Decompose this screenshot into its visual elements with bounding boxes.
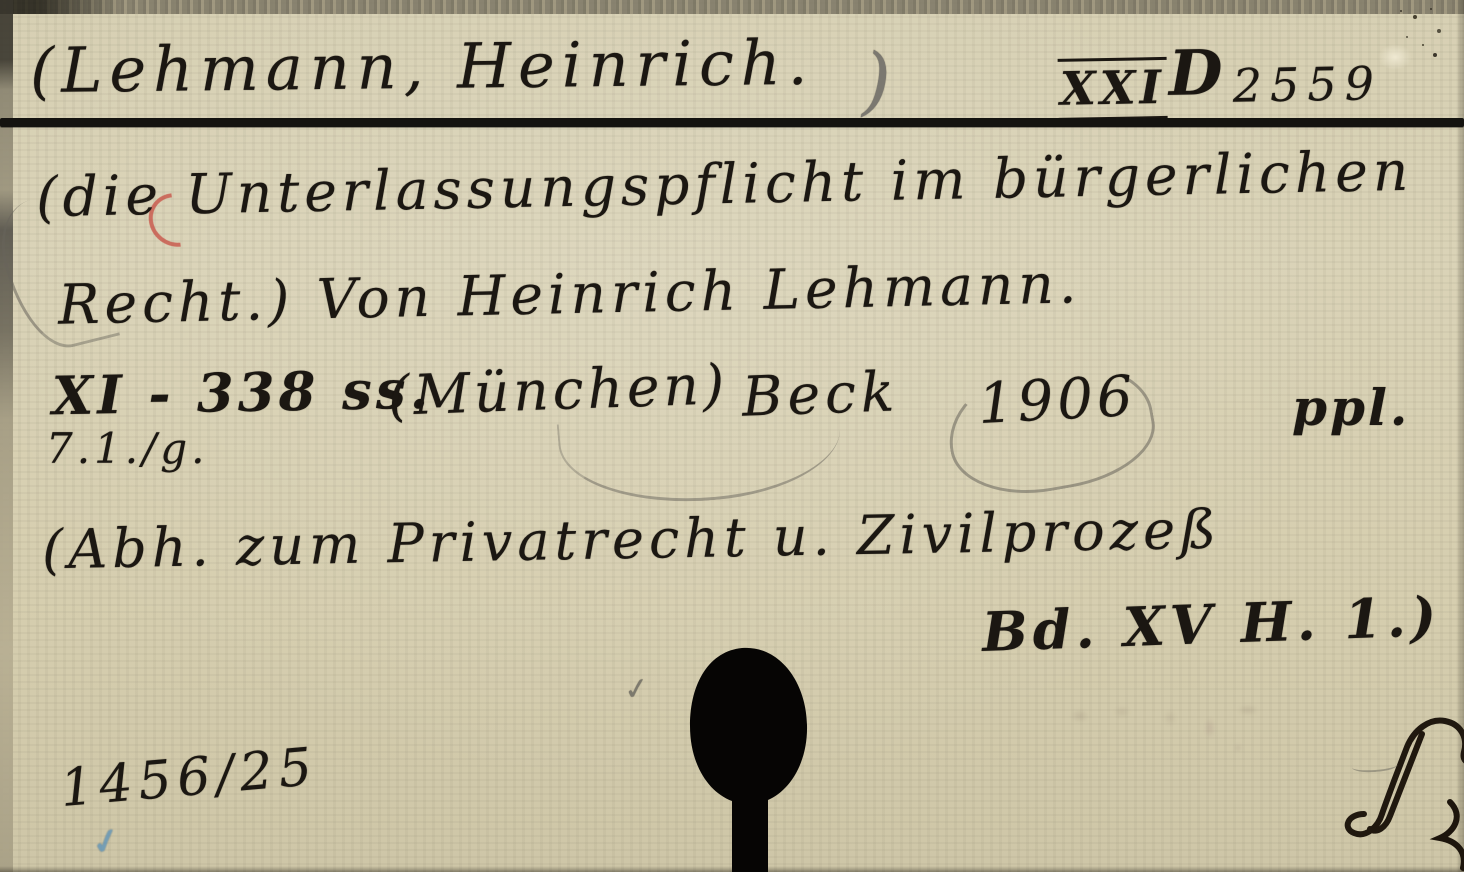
publication-place: (München)	[387, 352, 729, 428]
scan-edge-top	[0, 0, 1464, 14]
series-note-line-2: Bd. XV H. 1.)	[981, 584, 1442, 664]
paper-chip-spot	[1378, 44, 1412, 70]
shelfmark: XXID2559	[1057, 41, 1382, 120]
corner-flourish-tail-icon	[1408, 798, 1464, 872]
ink-specks	[1400, 10, 1402, 12]
title-line-2: Recht.) Von Heinrich Lehmann.	[57, 251, 1081, 336]
date-note: 7.1./g.	[46, 424, 209, 473]
blue-checkmark-icon: ✓	[88, 819, 125, 865]
shelfmark-class: XXI	[1058, 57, 1168, 122]
shelfmark-number: 2559	[1232, 56, 1382, 113]
catalog-card-scan: (Lehmann, Heinrich. ) XXID2559 (die Unte…	[0, 0, 1464, 872]
accession-number: 1456/25	[58, 737, 320, 819]
binding-note: ppl.	[1292, 378, 1410, 437]
author-heading: (Lehmann, Heinrich.	[30, 26, 815, 107]
printed-rule-line	[0, 118, 1464, 127]
pencil-checkmark-icon: ✓	[622, 670, 652, 708]
collation-note: XI - 338 ss.	[51, 359, 432, 428]
punch-hole-icon	[676, 642, 826, 872]
publisher-name: Beck	[741, 359, 900, 428]
scan-edge-left	[0, 0, 13, 872]
shelfmark-letter: D	[1168, 36, 1227, 110]
pencil-closing-paren: )	[862, 38, 891, 124]
series-note-line-1: (Abh. zum Privatrecht u. Zivilprozeß	[42, 498, 1222, 582]
title-line-1: (die Unterlassungspflicht im bürgerliche…	[36, 139, 1414, 229]
ghost-offset-stamp	[1052, 688, 1302, 772]
publication-year: 1906	[976, 364, 1138, 437]
